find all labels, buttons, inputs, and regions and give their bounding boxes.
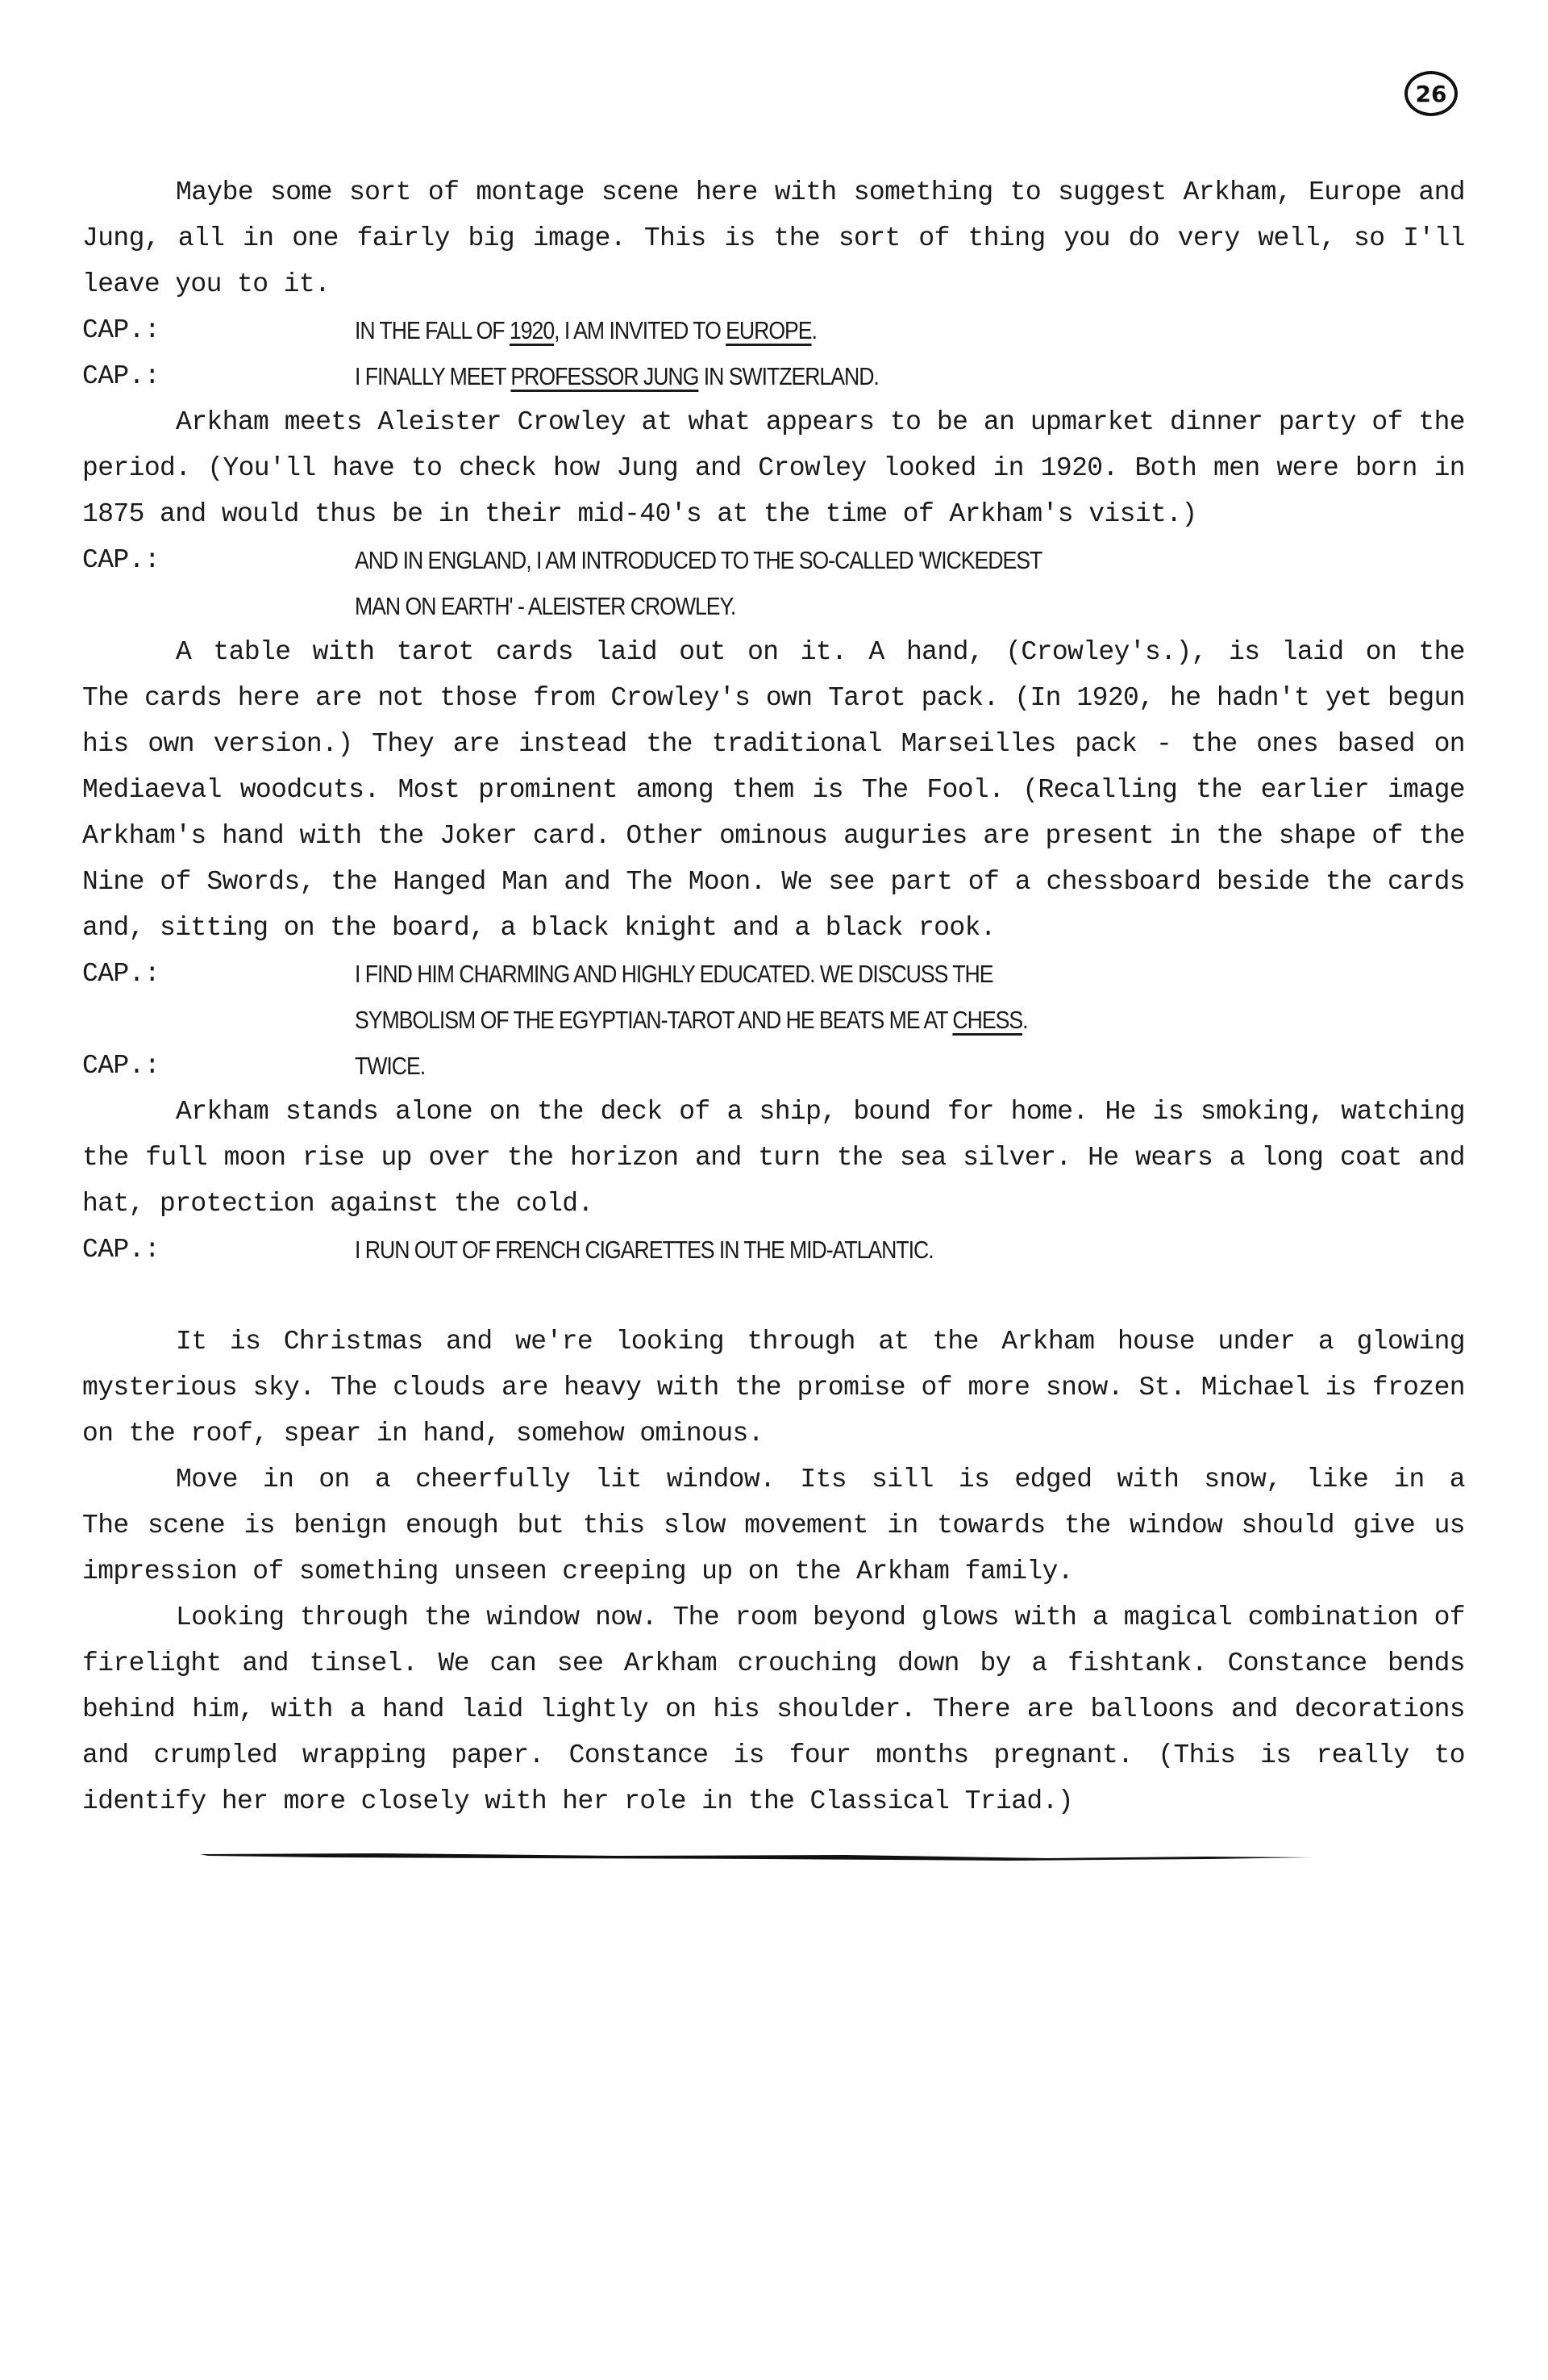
caption-text: SYMBOLISM OF THE EGYPTIAN-TAROT AND HE B… — [355, 997, 1027, 1043]
caption: MAN ON EARTH' - ALEISTER CROWLEY. — [82, 583, 1465, 629]
caption-text: I FINALLY MEET PROFESSOR JUNG IN SWITZER… — [355, 353, 879, 399]
caption-text: TWICE. — [355, 1043, 425, 1089]
text-line: Arkham stands alone on the deck of a shi… — [82, 1089, 1465, 1135]
underlined-text: PROFESSOR JUNG — [510, 362, 698, 390]
text-line: 1875 and would thus be in their mid-40's… — [82, 491, 1465, 537]
caption-segment: IN SWITZERLAND. — [698, 362, 878, 390]
caption-label — [82, 583, 355, 629]
underlined-text: CHESS — [952, 1006, 1022, 1034]
caption-segment: AND IN ENGLAND, I AM INTRODUCED TO THE S… — [355, 546, 1042, 574]
scene-description: Maybe some sort of montage scene here wi… — [82, 169, 1465, 307]
caption-label: CAP.: — [82, 1043, 355, 1089]
caption-segment: , I AM INVITED TO — [554, 316, 726, 344]
text-line: It is Christmas and we're looking throug… — [82, 1319, 1465, 1365]
text-line: Arkham meets Aleister Crowley at what ap… — [82, 399, 1465, 445]
text-line: Move in on a cheerfully lit window. Its … — [82, 1457, 1465, 1503]
text-line: impression of something unseen creeping … — [82, 1548, 1465, 1594]
scene-description: Arkham stands alone on the deck of a shi… — [82, 1089, 1465, 1227]
underlined-text: 1920 — [510, 316, 554, 344]
scene-description: It is Christmas and we're looking throug… — [82, 1319, 1465, 1457]
caption: CAP.:IN THE FALL OF 1920, I AM INVITED T… — [82, 307, 1465, 353]
scene-description: A table with tarot cards laid out on it.… — [82, 629, 1465, 951]
text-line: period. (You'll have to check how Jung a… — [82, 445, 1465, 491]
page-number-circle: 26 — [1404, 71, 1458, 116]
caption-segment: SYMBOLISM OF THE EGYPTIAN-TAROT AND HE B… — [355, 1006, 952, 1034]
caption-text: MAN ON EARTH' - ALEISTER CROWLEY. — [355, 583, 735, 629]
text-line: Nine of Swords, the Hanged Man and The M… — [82, 859, 1465, 905]
caption-text: IN THE FALL OF 1920, I AM INVITED TO EUR… — [355, 307, 817, 353]
caption-label: CAP.: — [82, 537, 355, 583]
text-line: The scene is benign enough but this slow… — [82, 1503, 1465, 1548]
text-line: and, sitting on the board, a black knigh… — [82, 905, 1465, 951]
caption-text: I FIND HIM CHARMING AND HIGHLY EDUCATED.… — [355, 951, 993, 997]
text-line: behind him, with a hand laid lightly on … — [82, 1686, 1465, 1732]
caption-segment: . — [1022, 1006, 1027, 1034]
caption: CAP.:I RUN OUT OF FRENCH CIGARETTES IN T… — [82, 1227, 1465, 1273]
end-of-section-rule — [200, 1851, 1313, 1862]
caption-label — [82, 997, 355, 1043]
scene-description: Looking through the window now. The room… — [82, 1594, 1465, 1824]
text-line: hat, protection against the cold. — [82, 1181, 1465, 1227]
text-line: firelight and tinsel. We can see Arkham … — [82, 1640, 1465, 1686]
text-line: identify her more closely with her role … — [82, 1778, 1465, 1824]
caption: CAP.:I FINALLY MEET PROFESSOR JUNG IN SW… — [82, 353, 1465, 399]
page-number: 26 — [1416, 81, 1447, 107]
text-line: the full moon rise up over the horizon a… — [82, 1135, 1465, 1181]
script-body: Maybe some sort of montage scene here wi… — [82, 169, 1465, 1824]
text-line: his own version.) They are instead the t… — [82, 721, 1465, 767]
caption-segment: MAN ON EARTH' - ALEISTER CROWLEY. — [355, 592, 735, 620]
script-page: 26 Maybe some sort of montage scene here… — [0, 0, 1548, 2380]
caption-segment: I RUN OUT OF FRENCH CIGARETTES IN THE MI… — [355, 1236, 934, 1264]
caption: SYMBOLISM OF THE EGYPTIAN-TAROT AND HE B… — [82, 997, 1465, 1043]
text-line: and crumpled wrapping paper. Constance i… — [82, 1732, 1465, 1778]
caption-text: AND IN ENGLAND, I AM INTRODUCED TO THE S… — [355, 537, 1042, 583]
section-break — [82, 1273, 1465, 1319]
caption-label: CAP.: — [82, 951, 355, 997]
caption-segment: . — [812, 316, 817, 344]
text-line: Mediaeval woodcuts. Most prominent among… — [82, 767, 1465, 813]
text-line: Arkham's hand with the Joker card. Other… — [82, 813, 1465, 859]
caption-label: CAP.: — [82, 1227, 355, 1273]
caption-segment: I FINALLY MEET — [355, 362, 510, 390]
text-line: mysterious sky. The clouds are heavy wit… — [82, 1365, 1465, 1411]
caption: CAP.:TWICE. — [82, 1043, 1465, 1089]
caption-segment: IN THE FALL OF — [355, 316, 510, 344]
text-line: Jung, all in one fairly big image. This … — [82, 215, 1465, 261]
text-line: The cards here are not those from Crowle… — [82, 675, 1465, 721]
caption-segment: I FIND HIM CHARMING AND HIGHLY EDUCATED.… — [355, 960, 993, 988]
caption-label: CAP.: — [82, 307, 355, 353]
text-line: Looking through the window now. The room… — [82, 1594, 1465, 1640]
text-line: on the roof, spear in hand, somehow omin… — [82, 1411, 1465, 1457]
scene-description: Arkham meets Aleister Crowley at what ap… — [82, 399, 1465, 537]
text-line: leave you to it. — [82, 261, 1465, 307]
text-line: Maybe some sort of montage scene here wi… — [82, 169, 1465, 215]
underlined-text: EUROPE — [726, 316, 811, 344]
caption: CAP.:AND IN ENGLAND, I AM INTRODUCED TO … — [82, 537, 1465, 583]
scene-description: Move in on a cheerfully lit window. Its … — [82, 1457, 1465, 1594]
caption-label: CAP.: — [82, 353, 355, 399]
caption: CAP.:I FIND HIM CHARMING AND HIGHLY EDUC… — [82, 951, 1465, 997]
text-line: A table with tarot cards laid out on it.… — [82, 629, 1465, 675]
caption-segment: TWICE. — [355, 1052, 425, 1080]
caption-text: I RUN OUT OF FRENCH CIGARETTES IN THE MI… — [355, 1227, 934, 1273]
